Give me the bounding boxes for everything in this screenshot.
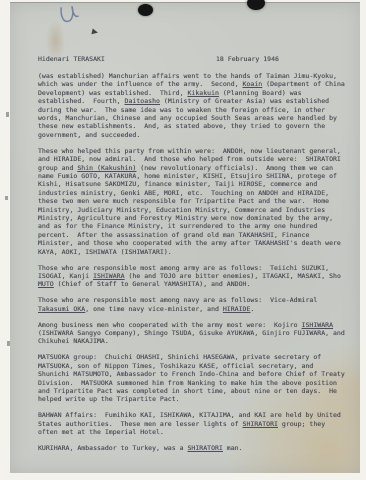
pencil-mark-icon bbox=[91, 28, 98, 35]
paragraph: MATSUOKA group: Chuichi OHASHI, Shinichi… bbox=[38, 353, 346, 403]
scanned-document: Hidenari TERASAKI 18 February 1946 (was … bbox=[0, 0, 366, 480]
document-body: (was established) Manchurian affairs wen… bbox=[38, 72, 346, 452]
document-date: 18 February 1946 bbox=[216, 55, 279, 63]
handwritten-annotation-icon bbox=[57, 3, 83, 29]
scan-speck bbox=[6, 112, 9, 117]
scan-speck bbox=[7, 341, 10, 346]
typewritten-text: Hidenari TERASAKI 18 February 1946 (was … bbox=[38, 55, 346, 460]
author-name: Hidenari TERASAKI bbox=[38, 55, 105, 63]
ink-blot-icon bbox=[138, 4, 153, 16]
paragraph: BAHWAN Affairs: Fumihiko KAI, ISHIKAWA, … bbox=[38, 411, 346, 436]
paragraph: KURIHARA, Ambassador to Turkey, was a SH… bbox=[38, 444, 346, 452]
paragraph: Those who are responsible most among arm… bbox=[38, 264, 346, 289]
paper-sheet: Hidenari TERASAKI 18 February 1946 (was … bbox=[10, 2, 360, 473]
scan-speck bbox=[5, 196, 8, 200]
page-header: Hidenari TERASAKI 18 February 1946 bbox=[38, 55, 346, 64]
paragraph: Among business men who cooperated with t… bbox=[38, 321, 346, 346]
paragraph: These who helped this party from within … bbox=[38, 147, 346, 256]
paragraph: (was established) Manchurian affairs wen… bbox=[38, 72, 346, 139]
ink-blot-icon bbox=[247, 0, 265, 10]
paragraph: Those who are responsible most among nav… bbox=[38, 296, 346, 313]
